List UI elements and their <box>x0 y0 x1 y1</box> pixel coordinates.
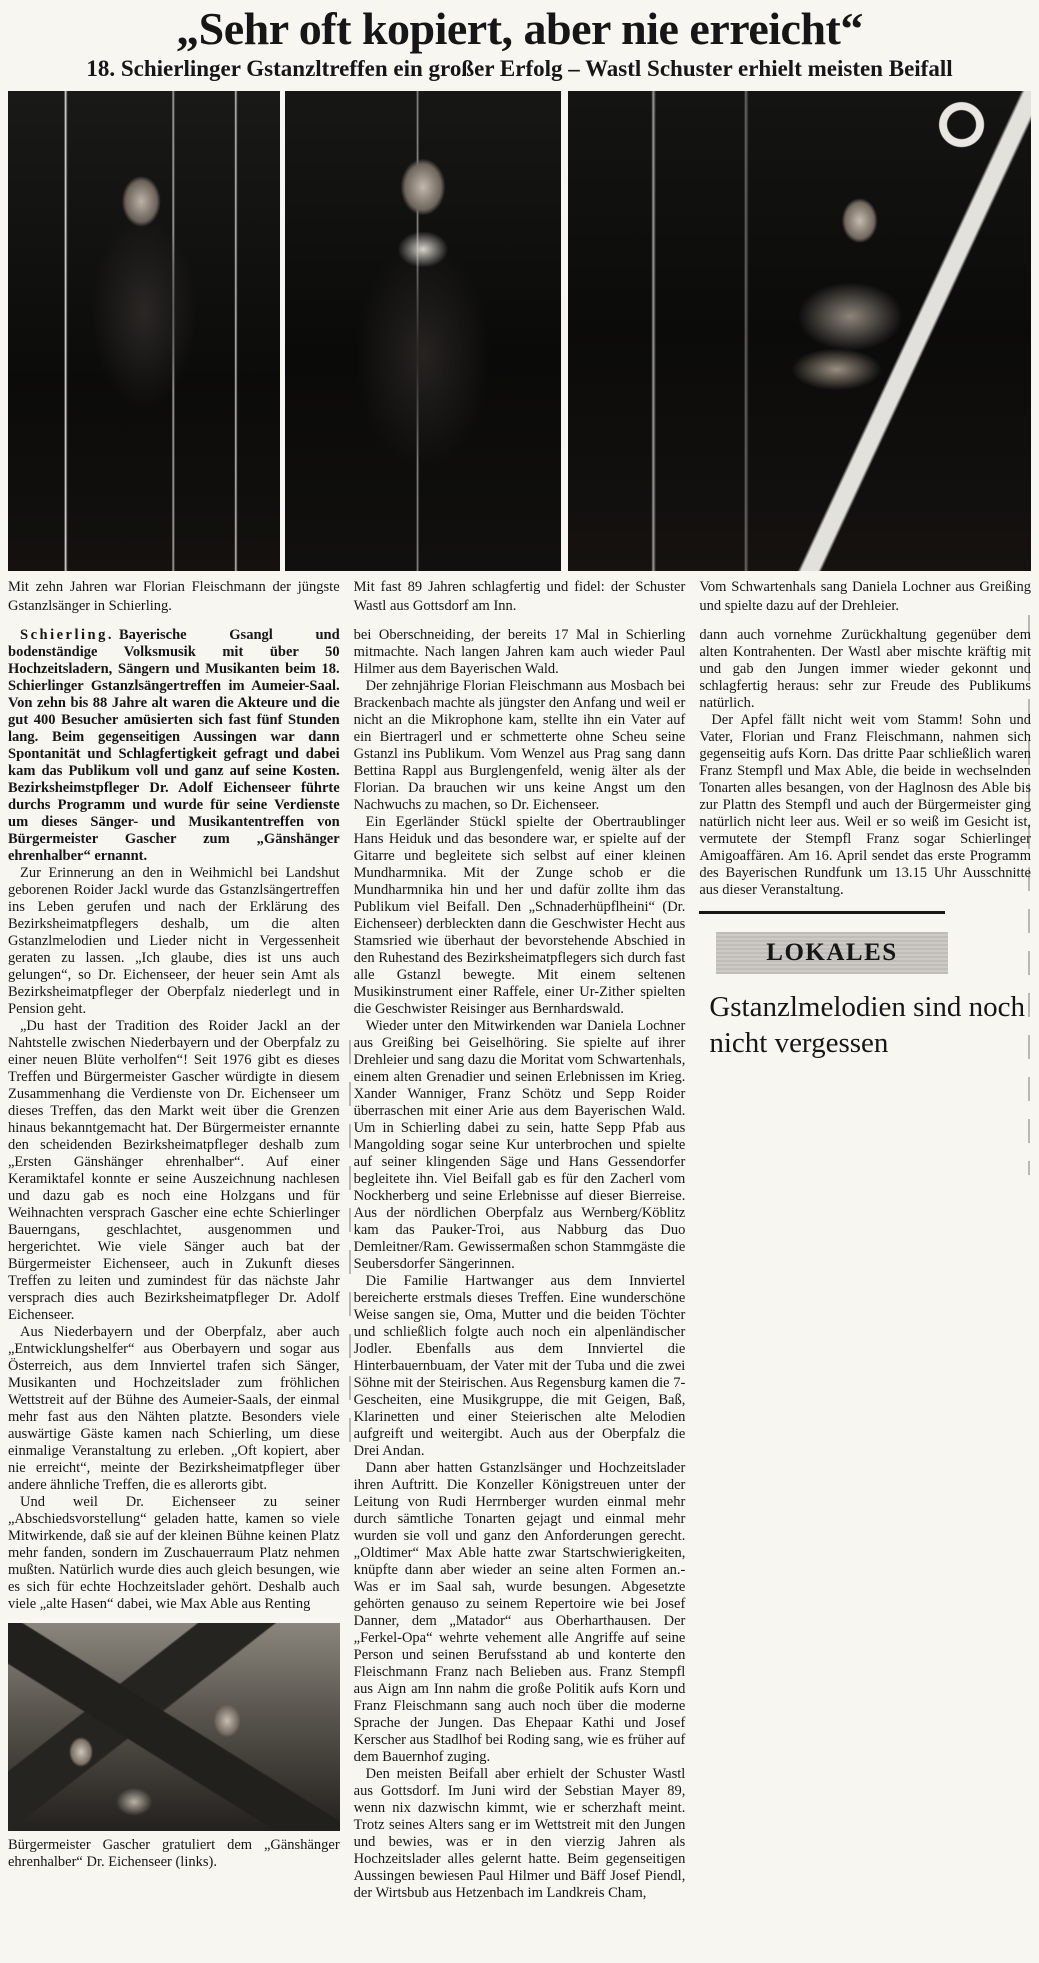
article-column-1: Schierling.Bayerische Gsangl und bodenst… <box>8 627 340 1902</box>
article-header: „Sehr oft kopiert, aber nie erreicht“ 18… <box>0 0 1039 82</box>
article-paragraph: Und weil Dr. Eichenseer zu seiner „Absch… <box>8 1494 340 1613</box>
article-paragraph: Den meisten Beifall aber erhielt der Sch… <box>354 1766 686 1902</box>
photo1-caption: Mit zehn Jahren war Florian Fleischmann … <box>8 578 340 615</box>
article-paragraph: Die Familie Hartwanger aus dem Innvierte… <box>354 1273 686 1460</box>
article-paragraph: dann auch vornehme Zurückhaltung gegenüb… <box>699 627 1031 712</box>
article-column-3: dann auch vornehme Zurückhaltung gegenüb… <box>699 627 1031 1902</box>
photo-schuster-wastl <box>285 91 561 571</box>
article-paragraph: Der zehnjährige Florian Fleischmann aus … <box>354 678 686 814</box>
column-rule-artifact <box>1028 615 1030 1175</box>
article-paragraph: Zur Erinnerung an den in Weihmichl bei L… <box>8 865 340 1018</box>
article-paragraph: bei Oberschneiding, der bereits 17 Mal i… <box>354 627 686 678</box>
article-paragraph: Wieder unter den Mitwirkenden war Daniel… <box>354 1018 686 1273</box>
dateline: Schierling. <box>20 627 119 643</box>
section-divider <box>699 911 944 914</box>
lokales-section-header: LOKALES <box>716 932 948 974</box>
article-paragraph: Aus Niederbayern und der Oberpfalz, aber… <box>8 1324 340 1494</box>
photo2-caption: Mit fast 89 Jahren schlagfertig und fide… <box>354 578 686 615</box>
article-paragraph: Der Apfel fällt nicht weit vom Stamm! So… <box>699 712 1031 899</box>
article-paragraph: Ein Egerländer Stückl spielte der Obertr… <box>354 814 686 1018</box>
newspaper-page: „Sehr oft kopiert, aber nie erreicht“ 18… <box>0 0 1039 1963</box>
lead-text: Bayerische Gsangl und bodenständige Volk… <box>8 627 340 864</box>
column-rule-artifact <box>349 1040 351 1460</box>
article-column-2: bei Oberschneiding, der bereits 17 Mal i… <box>354 627 686 1902</box>
photo-gascher-eichenseer <box>8 1623 340 1831</box>
photo-daniela-lochner <box>568 91 1031 571</box>
photo3-caption: Vom Schwartenhals sang Daniela Lochner a… <box>699 578 1031 615</box>
article-paragraph: Dann aber hatten Gstanzlsänger und Hochz… <box>354 1460 686 1766</box>
photo-row <box>0 82 1039 571</box>
caption-row: Mit zehn Jahren war Florian Fleischmann … <box>0 571 1039 615</box>
photo-florian-fleischmann <box>8 91 280 571</box>
photo4-caption: Bürgermeister Gascher gratuliert dem „Gä… <box>8 1837 340 1871</box>
article-paragraph: „Du hast der Tradition des Roider Jackl … <box>8 1018 340 1324</box>
lokales-kicker: LOKALES <box>766 939 897 966</box>
lead-paragraph: Schierling.Bayerische Gsangl und bodenst… <box>8 627 340 865</box>
subheadline: 18. Schierlinger Gstanzltreffen ein groß… <box>0 56 1039 82</box>
article-body: Schierling.Bayerische Gsangl und bodenst… <box>0 615 1039 1902</box>
lokales-headline: Gstanzlmelodien sind noch nicht vergesse… <box>699 990 1031 1062</box>
headline: „Sehr oft kopiert, aber nie erreicht“ <box>0 5 1039 53</box>
